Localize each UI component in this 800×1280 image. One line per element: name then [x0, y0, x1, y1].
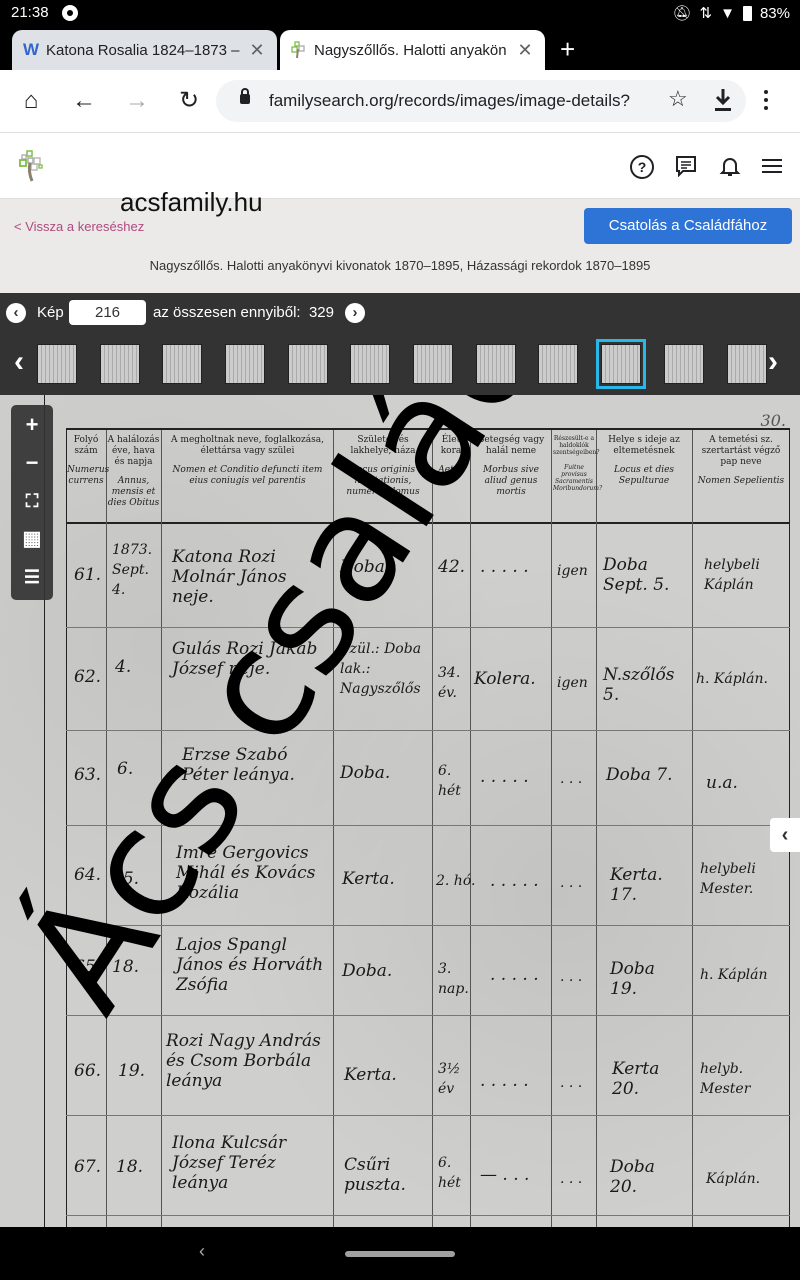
forward-icon[interactable]: →: [122, 86, 152, 116]
table-rule: [551, 430, 552, 1227]
download-icon[interactable]: [712, 86, 734, 114]
entry-burial: Kerta 20.: [612, 1059, 682, 1099]
entry-disease: — . . .: [480, 1165, 529, 1185]
entry-sacraments: . . .: [560, 1073, 582, 1093]
reload-icon[interactable]: ↻: [174, 86, 204, 116]
familysearch-logo-icon[interactable]: [17, 149, 47, 183]
messages-icon[interactable]: [674, 155, 698, 179]
wikipedia-favicon-icon: W: [22, 41, 40, 59]
entry-disease: Kolera.: [474, 669, 536, 689]
star-icon[interactable]: ☆: [668, 86, 688, 112]
help-icon[interactable]: ?: [630, 155, 654, 179]
entry-priest: u.a.: [706, 773, 738, 793]
thumbnail[interactable]: [538, 344, 578, 384]
entry-date: 4.: [115, 657, 131, 677]
attach-to-tree-button[interactable]: Csatolás a Családfához: [584, 208, 792, 244]
image-number-input[interactable]: [69, 300, 146, 325]
address-bar[interactable]: familysearch.org/records/images/image-de…: [216, 80, 746, 122]
entry-sacraments: . . .: [560, 1169, 582, 1189]
entry-date: 1873. Sept. 4.: [112, 540, 157, 600]
thumbnails-prev-icon[interactable]: ‹: [14, 347, 24, 377]
menu-icon[interactable]: [764, 90, 770, 114]
table-rule: [596, 430, 597, 1227]
entry-priest: helybeli Mester.: [700, 859, 786, 899]
clock: 21:38: [11, 4, 49, 21]
zoom-out-icon[interactable]: −: [11, 448, 53, 478]
entry-priest: helybeli Káplán: [704, 555, 784, 595]
entry-place: Kerta.: [342, 869, 395, 889]
data-arrows-icon: ⇅: [700, 4, 713, 22]
back-to-search-link[interactable]: < Vissza a kereséshez: [14, 219, 144, 234]
entry-disease: . . . . .: [490, 965, 539, 985]
watermark-site-text: acsfamily.hu: [120, 187, 263, 218]
battery-icon: [743, 6, 752, 21]
thumbnail[interactable]: [288, 344, 328, 384]
entry-age: 34. év.: [438, 663, 468, 703]
thumbnails-next-icon[interactable]: ›: [768, 347, 778, 377]
entry-sacraments: . . .: [560, 873, 582, 893]
viewer-controls: + − ⛶ ▦ ☰: [11, 405, 53, 600]
entry-burial: Kerta. 17.: [610, 865, 680, 905]
entry-disease: . . . . .: [490, 871, 539, 891]
screen: 21:38 🔕︎ ⇅ ▼ 83% W Katona Rosalia 1824–1…: [0, 0, 800, 1280]
entry-burial: Doba Sept. 5.: [603, 555, 688, 595]
entry-priest: h. Káplán: [700, 965, 768, 985]
home-gesture-pill[interactable]: [345, 1251, 455, 1257]
tab-title: Nagyszőllős. Halotti anyakön: [314, 42, 515, 59]
thumbnail[interactable]: [37, 344, 77, 384]
entry-sacraments: . . .: [560, 769, 582, 789]
entry-name: Rozi Nagy András és Csom Borbála leánya: [166, 1031, 332, 1091]
browser-toolbar: ⌂ ← → ↻ familysearch.org/records/images/…: [0, 70, 800, 133]
system-nav-bar: ‹: [0, 1227, 800, 1280]
entry-priest: Káplán.: [706, 1169, 760, 1189]
thumbnail[interactable]: [350, 344, 390, 384]
entry-burial: Doba 19.: [610, 959, 680, 999]
hamburger-icon[interactable]: [762, 155, 786, 179]
entry-age: 6. hét: [438, 761, 468, 801]
entry-disease: . . . . .: [480, 557, 529, 577]
entry-place: Kerta.: [344, 1065, 397, 1085]
header-actions: ?: [630, 155, 786, 179]
entry-disease: . . . . .: [480, 767, 529, 787]
table-rule: [692, 430, 693, 1227]
entry-priest: h. Káplán.: [696, 669, 768, 689]
entry-place: Doba.: [340, 763, 390, 783]
image-total: az összesen ennyiből: 329: [153, 304, 334, 321]
image-navigation: ‹ Kép az összesen ennyiből: 329 › ‹ ›: [0, 293, 800, 395]
close-tab-icon[interactable]: ✕: [515, 40, 535, 61]
column-header: A temetési sz. szertartást végző pap nev…: [694, 435, 788, 487]
entry-sacraments: . . .: [560, 967, 582, 987]
entry-age: 3. nap.: [438, 959, 468, 999]
thumbnail[interactable]: [162, 344, 202, 384]
fullscreen-icon[interactable]: ⛶: [11, 486, 53, 516]
entry-number: 61.: [74, 565, 101, 585]
next-image-icon[interactable]: ›: [345, 303, 365, 323]
new-tab-button[interactable]: +: [560, 36, 575, 62]
table-rule: [66, 1015, 790, 1016]
familysearch-favicon-icon: [290, 41, 308, 59]
entry-place: Csűri puszta.: [344, 1155, 430, 1195]
image-label: Kép: [37, 304, 64, 321]
browser-tab-strip: W Katona Rosalia 1824–1873 – ✕ Nagyszőll…: [0, 28, 800, 70]
entry-burial: Doba 7.: [606, 765, 676, 785]
entry-number: 62.: [74, 667, 101, 687]
entry-age: 3½ év: [438, 1059, 468, 1099]
tab-familysearch[interactable]: Nagyszőllős. Halotti anyakön ✕: [280, 30, 545, 70]
entry-burial: N.szőlős 5.: [603, 665, 688, 705]
thumbnail[interactable]: [225, 344, 265, 384]
back-icon[interactable]: ←: [69, 86, 99, 116]
entry-number: 66.: [74, 1061, 101, 1081]
image-adjust-icon[interactable]: ☰: [11, 562, 53, 592]
thumbnail[interactable]: [100, 344, 140, 384]
column-header: Folyó számNumerus currens: [67, 435, 105, 487]
home-icon[interactable]: ⌂: [16, 86, 46, 116]
thumbnail-selected[interactable]: [601, 344, 641, 384]
dnd-off-icon: 🔕︎: [672, 4, 691, 22]
close-tab-icon[interactable]: ✕: [247, 40, 267, 61]
notification-dot-icon: [62, 5, 78, 21]
wifi-icon: ▼: [720, 5, 735, 22]
collection-title: Nagyszőllős. Halotti anyakönyvi kivonato…: [0, 258, 800, 273]
grid-view-icon[interactable]: ▦: [11, 524, 53, 554]
entry-age: 2. hó.: [436, 871, 475, 891]
thumbnail[interactable]: [664, 344, 704, 384]
entry-date: 19.: [118, 1061, 145, 1081]
thumbnail[interactable]: [413, 344, 453, 384]
entry-sacraments: igen: [557, 673, 588, 693]
thumbnail-strip: ‹ ›: [0, 339, 800, 389]
record-toolbar: acsfamily.hu < Vissza a kereséshez Csato…: [0, 199, 800, 293]
table-rule: [66, 1215, 790, 1216]
tab-wikipedia[interactable]: W Katona Rosalia 1824–1873 – ✕: [12, 30, 277, 70]
table-rule: [66, 1115, 790, 1116]
lock-icon: [240, 94, 250, 104]
table-rule: [66, 627, 790, 628]
entry-priest: helyb. Mester: [700, 1059, 786, 1099]
entry-name: Lajos Spangl János és Horváth Zsófia: [176, 935, 332, 995]
entry-date: 18.: [116, 1157, 143, 1177]
entry-number: 67.: [74, 1157, 101, 1177]
thumbnail[interactable]: [476, 344, 516, 384]
battery-level: 83%: [760, 5, 790, 22]
column-header: Helye s ideje az eltemetésnekLocus et di…: [598, 435, 690, 487]
side-panel-toggle-icon[interactable]: ‹: [770, 818, 800, 852]
status-icons: 🔕︎ ⇅ ▼ 83%: [672, 4, 790, 22]
image-viewer[interactable]: 30. Folyó számNumerus currens A halálozá…: [0, 395, 800, 1227]
table-rule: [470, 430, 471, 1227]
column-header: A halálozás éve, hava és napjaAnnus, men…: [107, 435, 160, 509]
zoom-in-icon[interactable]: +: [11, 410, 53, 440]
column-header: Részesült-e a haldoklók szentségeiben?Fu…: [553, 435, 595, 492]
entry-place: Doba.: [342, 961, 392, 981]
url-text[interactable]: familysearch.org/records/images/image-de…: [269, 91, 630, 111]
entry-disease: . . . . .: [480, 1071, 529, 1091]
entry-name: Ilona Kulcsár József Teréz leánya: [172, 1133, 332, 1193]
entry-sacraments: igen: [557, 561, 588, 581]
notifications-icon[interactable]: [718, 155, 742, 179]
entry-age: 6. hét: [438, 1153, 468, 1193]
entry-burial: Doba 20.: [610, 1157, 680, 1197]
status-bar: 21:38 🔕︎ ⇅ ▼ 83%: [0, 0, 800, 28]
tab-title: Katona Rosalia 1824–1873 –: [46, 42, 247, 59]
thumbnail[interactable]: [727, 344, 767, 384]
previous-image-icon[interactable]: ‹: [6, 303, 26, 323]
system-back-icon[interactable]: ‹: [199, 1241, 205, 1262]
